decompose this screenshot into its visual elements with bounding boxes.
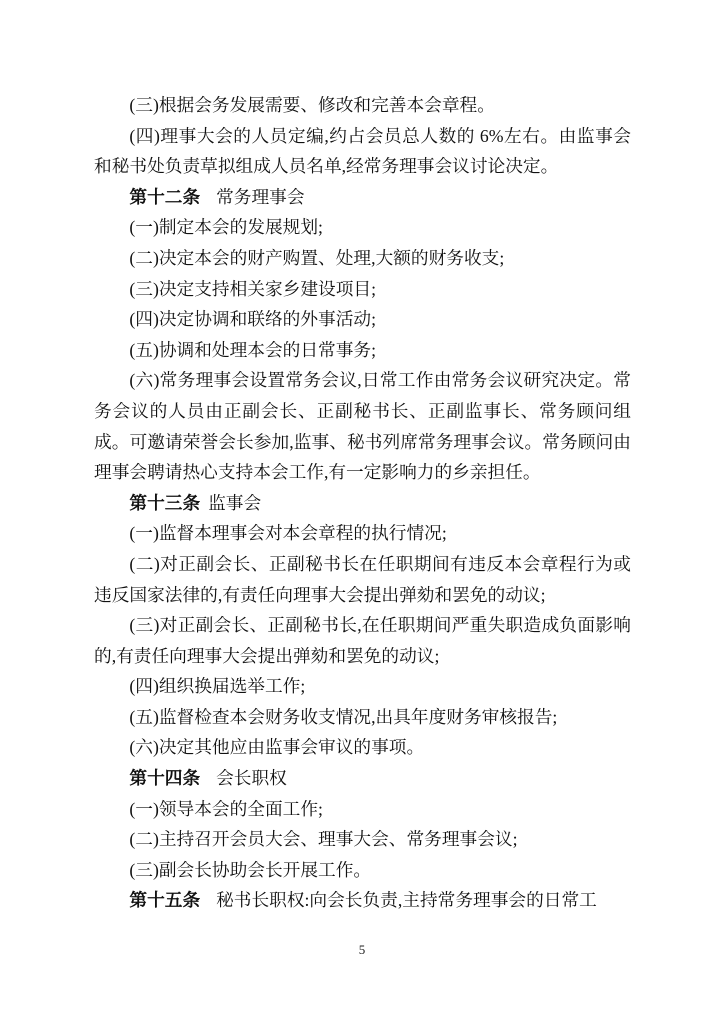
paragraph-clause: (四)组织换届选举工作;: [94, 671, 631, 702]
paragraph-clause: (二)主持召开会员大会、理事大会、常务理事会议;: [94, 824, 631, 855]
paragraph-clause: (六)常务理事会设置常务会议,日常工作由常务会议研究决定。常务会议的人员由正副会…: [94, 365, 631, 487]
paragraph-clause: (四)决定协调和联络的外事活动;: [94, 304, 631, 335]
document-text-block: (三)根据会务发展需要、修改和完善本会章程。 (四)理事大会的人员定编,约占会员…: [94, 90, 631, 916]
article-heading-13: 第十三条监事会: [94, 488, 631, 519]
article-heading-14: 第十四条会长职权: [94, 763, 631, 794]
article-title: 秘书长职权:向会长负责,主持常务理事会的日常工: [216, 890, 597, 910]
paragraph-clause: (五)监督检查本会财务收支情况,出具年度财务审核报告;: [94, 702, 631, 733]
paragraph-clause: (二)决定本会的财产购置、处理,大额的财务收支;: [94, 243, 631, 274]
paragraph-clause: (三)对正副会长、正副秘书长,在任职期间严重失职造成负面影响的,有责任向理事大会…: [94, 610, 631, 671]
article-title: 会长职权: [216, 768, 287, 788]
article-title: 监事会: [208, 493, 261, 513]
paragraph-clause: (一)制定本会的发展规划;: [94, 212, 631, 243]
article-heading-12: 第十二条常务理事会: [94, 182, 631, 213]
article-title: 常务理事会: [216, 187, 304, 207]
article-number: 第十五条: [129, 890, 200, 910]
paragraph-clause: (一)监督本理事会对本会章程的执行情况;: [94, 518, 631, 549]
paragraph-clause: (一)领导本会的全面工作;: [94, 794, 631, 825]
article-number: 第十二条: [129, 187, 200, 207]
article-heading-15: 第十五条秘书长职权:向会长负责,主持常务理事会的日常工: [94, 885, 631, 916]
page-number: 5: [0, 942, 724, 958]
article-number: 第十四条: [129, 768, 200, 788]
paragraph-clause: (三)根据会务发展需要、修改和完善本会章程。: [94, 90, 631, 121]
paragraph-clause: (二)对正副会长、正副秘书长在任职期间有违反本会章程行为或违反国家法律的,有责任…: [94, 549, 631, 610]
article-number: 第十三条: [129, 493, 200, 513]
paragraph-clause: (三)决定支持相关家乡建设项目;: [94, 274, 631, 305]
paragraph-clause: (四)理事大会的人员定编,约占会员总人数的 6%左右。由监事会和秘书处负责草拟组…: [94, 121, 631, 182]
paragraph-clause: (三)副会长协助会长开展工作。: [94, 855, 631, 886]
document-page: (三)根据会务发展需要、修改和完善本会章程。 (四)理事大会的人员定编,约占会员…: [0, 0, 724, 1024]
paragraph-clause: (六)决定其他应由监事会审议的事项。: [94, 732, 631, 763]
paragraph-clause: (五)协调和处理本会的日常事务;: [94, 335, 631, 366]
